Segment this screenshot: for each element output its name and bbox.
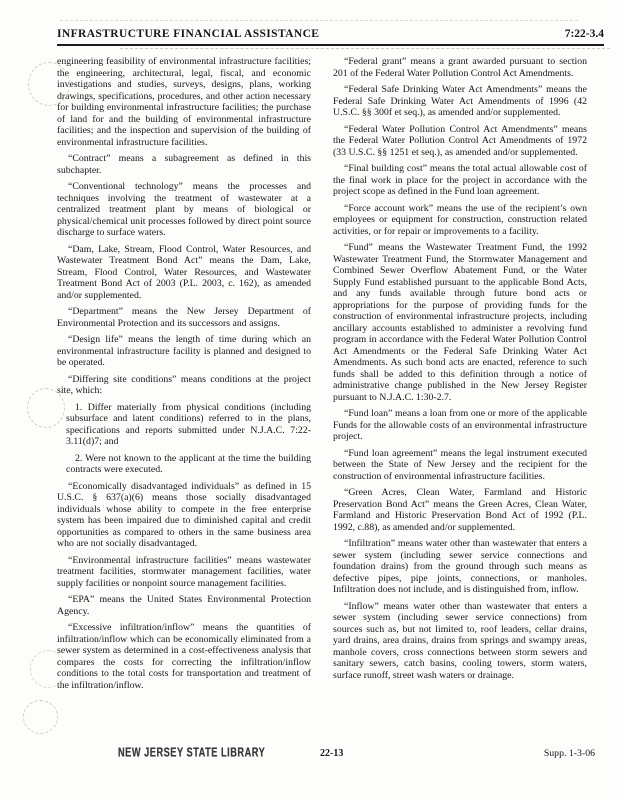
differing-conditions-item-2: 2. Were not known to the applicant at th… bbox=[66, 453, 311, 476]
def-contract: “Contract” means a subagreement as defin… bbox=[57, 153, 311, 176]
def-design-life: “Design life” means the length of time d… bbox=[57, 334, 311, 369]
def-force-account-work: “Force account work” means the use of th… bbox=[333, 203, 587, 238]
def-final-building-cost: “Final building cost” means the total ac… bbox=[333, 163, 587, 198]
binding-hole-artifact bbox=[28, 62, 70, 106]
scanned-document-page: INFRASTRUCTURE FINANCIAL ASSISTANCE 7:22… bbox=[0, 0, 618, 800]
def-infiltration: “Infiltration” means water other than wa… bbox=[333, 538, 587, 596]
def-green-acres-bond-act: “Green Acres, Clean Water, Farmland and … bbox=[333, 487, 587, 533]
page-number: 22-13 bbox=[320, 748, 343, 759]
continuation-paragraph: engineering feasibility of environmental… bbox=[57, 56, 311, 148]
def-environmental-infrastructure-facilities: “Environmental infrastructure facilities… bbox=[57, 555, 311, 590]
supplement-date: Supp. 1-3-06 bbox=[544, 748, 595, 759]
def-dam-lake-stream-bond-act: “Dam, Lake, Stream, Flood Control, Water… bbox=[57, 244, 311, 302]
def-federal-grant: “Federal grant” means a grant awarded pu… bbox=[333, 56, 587, 79]
def-differing-site-conditions: “Differing site conditions” means condit… bbox=[57, 374, 311, 397]
differing-conditions-item-1: 1. Differ materially from physical condi… bbox=[66, 402, 311, 448]
header-rule bbox=[57, 44, 604, 46]
def-epa: “EPA” means the United States Environmen… bbox=[57, 594, 311, 617]
section-number: 7:22-3.4 bbox=[565, 28, 604, 40]
def-department: “Department” means the New Jersey Depart… bbox=[57, 306, 311, 329]
def-fund-loan: “Fund loan” means a loan from one or mor… bbox=[333, 408, 587, 443]
library-stamp: NEW JERSEY STATE LIBRARY bbox=[118, 746, 265, 760]
binding-hole-artifact bbox=[27, 388, 65, 428]
def-federal-safe-drinking-water-act: “Federal Safe Drinking Water Act Amendme… bbox=[333, 84, 587, 119]
def-excessive-infiltration-inflow: “Excessive infiltration/inflow” means th… bbox=[57, 622, 311, 691]
def-federal-water-pollution-control-act: “Federal Water Pollution Control Act Ame… bbox=[333, 124, 587, 159]
def-fund-loan-agreement: “Fund loan agreement” means the legal in… bbox=[333, 448, 587, 483]
page-header: INFRASTRUCTURE FINANCIAL ASSISTANCE 7:22… bbox=[57, 28, 604, 44]
document-title: INFRASTRUCTURE FINANCIAL ASSISTANCE bbox=[57, 28, 319, 40]
left-column: engineering feasibility of environmental… bbox=[57, 56, 311, 696]
two-column-body: engineering feasibility of environmental… bbox=[57, 56, 587, 696]
binding-hole-artifact bbox=[30, 650, 66, 688]
def-fund: “Fund” means the Wastewater Treatment Fu… bbox=[333, 242, 587, 403]
header-rule-scan-artifact bbox=[120, 48, 610, 49]
def-economically-disadvantaged-individuals: “Economically disadvantaged individuals”… bbox=[57, 481, 311, 550]
binding-hole-artifact bbox=[23, 700, 58, 734]
def-conventional-technology: “Conventional technology” means the proc… bbox=[57, 181, 311, 239]
scan-edge-artifact bbox=[60, 20, 578, 21]
right-column: “Federal grant” means a grant awarded pu… bbox=[333, 56, 587, 696]
def-inflow: “Inflow” means water other than wastewat… bbox=[333, 601, 587, 682]
